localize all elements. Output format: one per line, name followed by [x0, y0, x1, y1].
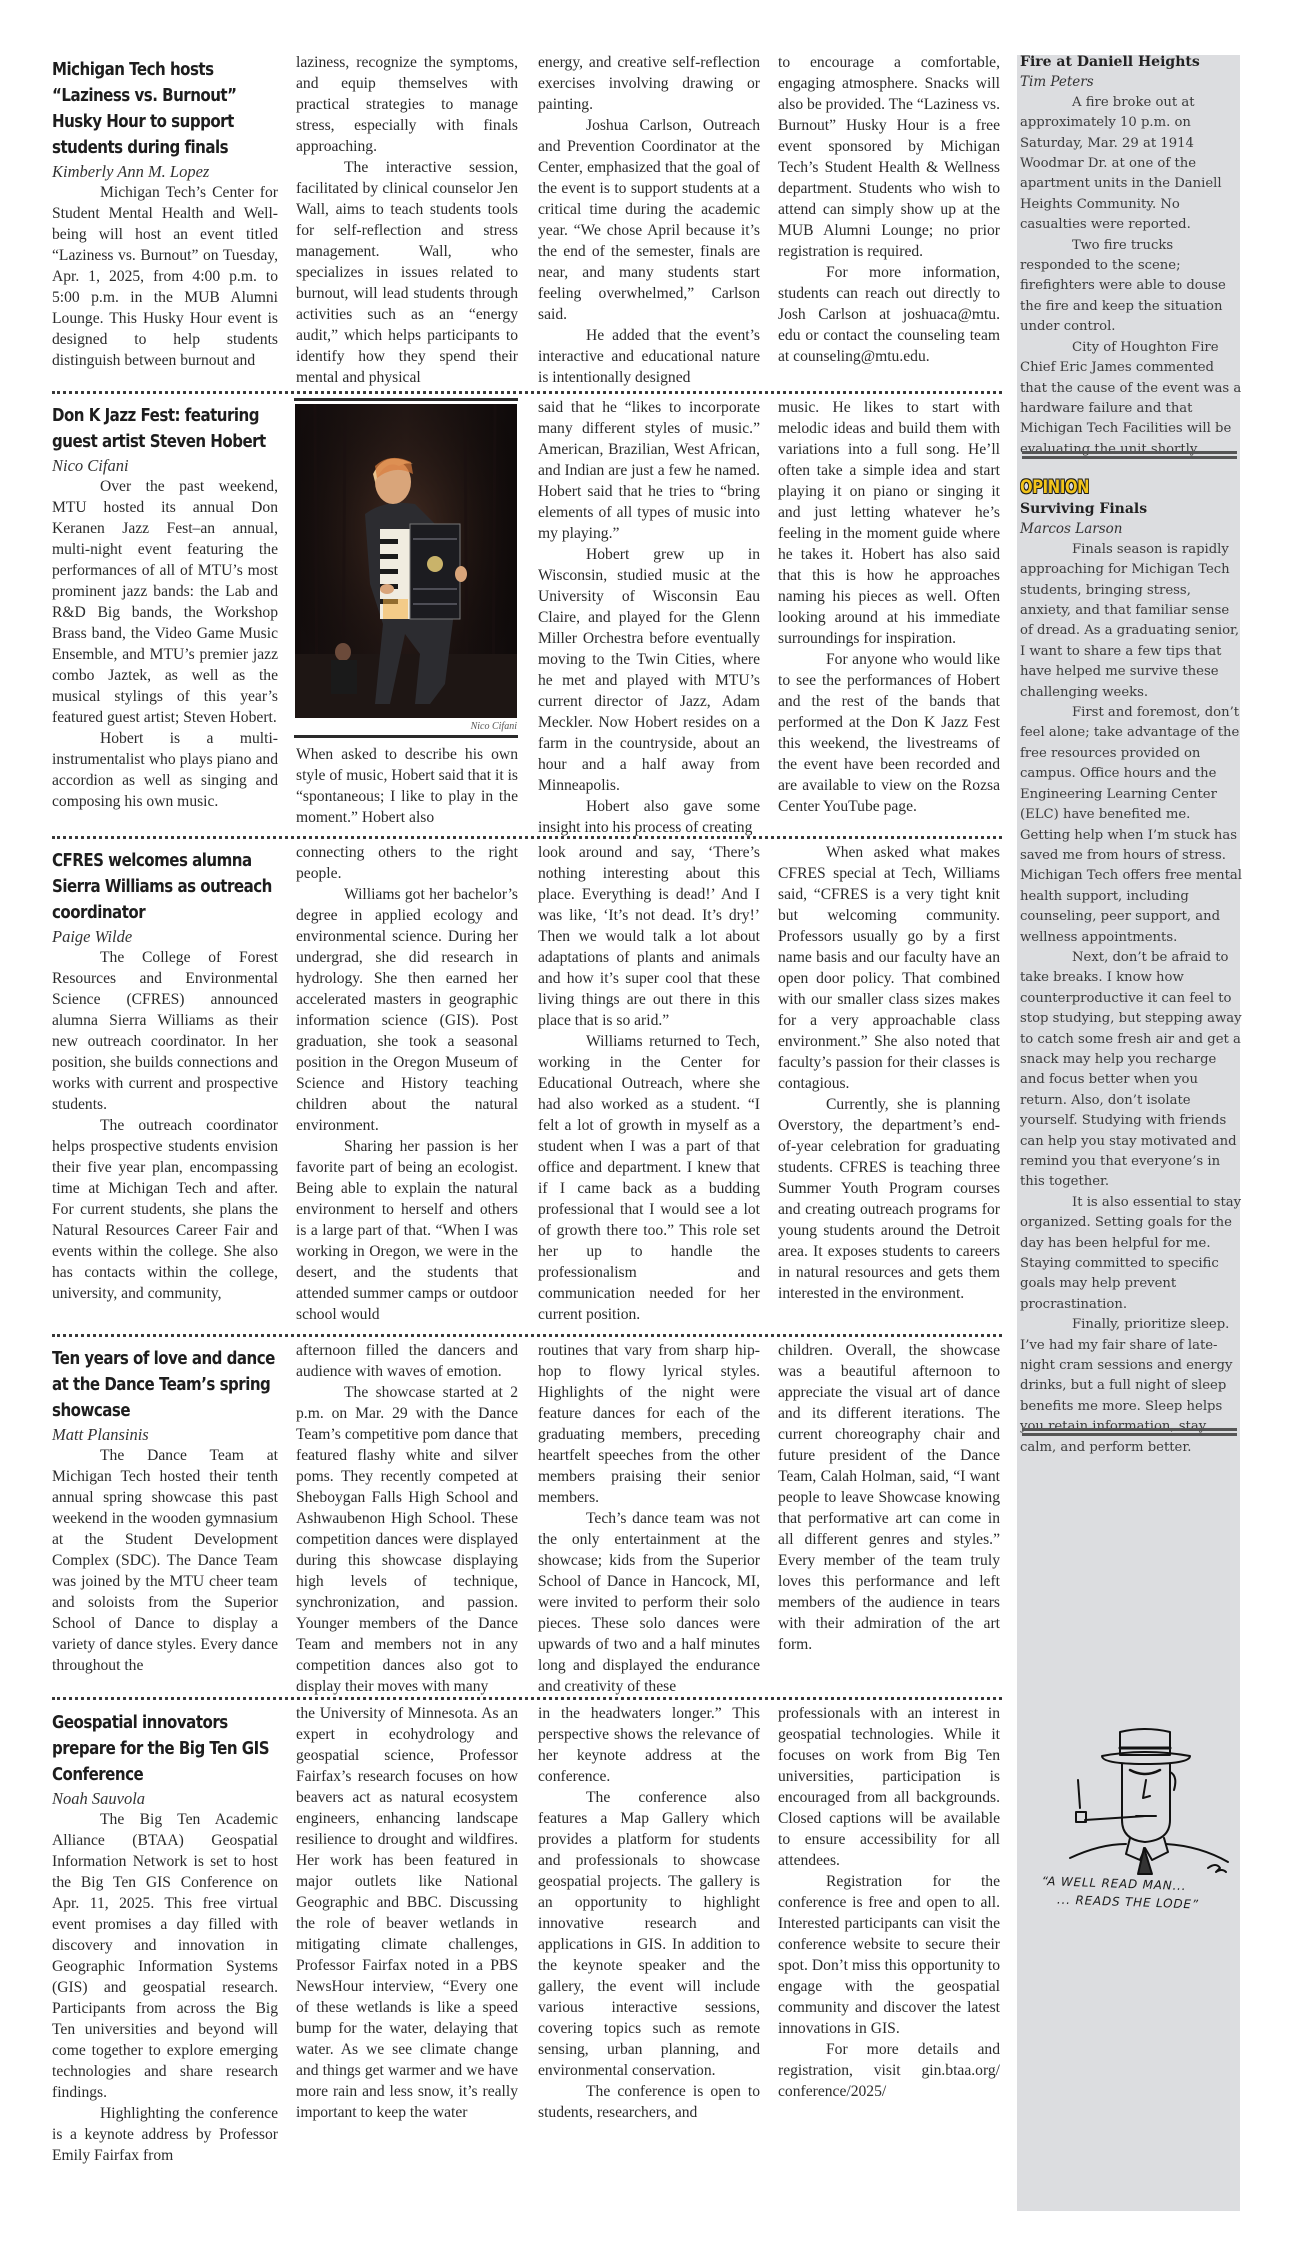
paragraph: Williams returned to Tech, working in th… [538, 1031, 760, 1325]
article-gis-col2: the University of Minnesota. As an exper… [296, 1703, 518, 2123]
opinion-headline: Surviving Finals [1020, 499, 1242, 519]
paragraph: Hobert is a multi-instrumentalist who pl… [52, 728, 278, 812]
byline-dance: Matt Plansinis [52, 1424, 278, 1445]
article-laziness-col4: to encourage a comfortable, engaging atm… [778, 52, 1000, 367]
paragraph: The conference is open to students, rese… [538, 2081, 760, 2123]
paragraph: routines that vary from sharp hip-hop to… [538, 1340, 760, 1508]
paragraph: When asked what makes CFRES special at T… [778, 842, 1000, 1094]
paragraph: the University of Minnesota. As an exper… [296, 1703, 518, 2123]
dotted-divider [52, 391, 1002, 394]
paragraph: Michigan Tech’s Center for Student Menta… [52, 182, 278, 371]
paragraph: When asked to describe his own style of … [296, 744, 518, 828]
headline-dance: Ten years of love and dance at the Dance… [52, 1346, 277, 1424]
accordion-player-illustration [295, 404, 517, 718]
double-rule-divider [1022, 451, 1237, 459]
paragraph: professionals with an interest in geospa… [778, 1703, 1000, 1871]
paragraph: to encourage a comfortable, engaging atm… [778, 52, 1000, 262]
headline-jazz: Don K Jazz Fest: featuring guest artist … [52, 403, 277, 455]
paragraph: said that he “likes to incorporate many … [538, 397, 760, 544]
paragraph: A fire broke out at approximately 10 p.m… [1020, 93, 1242, 236]
paragraph: It is also essential to stay organized. … [1020, 1193, 1242, 1315]
article-gis-col3: in the headwaters longer.” This perspect… [538, 1703, 760, 2123]
paragraph: City of Houghton Fire Chief Eric James c… [1020, 338, 1242, 460]
paragraph: Two fire trucks responded to the scene; … [1020, 236, 1242, 338]
opinion-section-label: OPINION [1020, 476, 1089, 498]
article-dance-col2: afternoon filled the dancers and audienc… [296, 1340, 518, 1697]
paragraph: The College of Forest Resources and Envi… [52, 947, 278, 1115]
fire-headline: Fire at Daniell Heights [1020, 52, 1242, 72]
paragraph: Williams got her bachelor’s degree in ap… [296, 884, 518, 1136]
article-gis-col1: Geospatial innovators prepare for the Bi… [52, 1710, 278, 2166]
paragraph: Joshua Carlson, Outreach and Prevention … [538, 115, 760, 325]
paragraph: Currently, she is planning Overstory, th… [778, 1094, 1000, 1304]
article-cfres-col2: connecting others to the right people. W… [296, 842, 518, 1325]
article-laziness-col1: Michigan Tech hosts “Laziness vs. Burnou… [52, 57, 278, 371]
fire-byline: Tim Peters [1020, 72, 1242, 92]
photo-bottom-rule [294, 735, 518, 738]
dotted-divider [52, 1334, 1002, 1337]
paragraph: The Big Ten Academic Alliance (BTAA) Geo… [52, 1809, 278, 2103]
double-rule-divider [1022, 1428, 1237, 1436]
paragraph: For more information, students can reach… [778, 262, 1000, 367]
paragraph: The outreach coordinator helps prospecti… [52, 1115, 278, 1304]
article-cfres-col3: look around and say, ‘There’s nothing in… [538, 842, 760, 1325]
headline-gis: Geospatial innovators prepare for the Bi… [52, 1710, 277, 1788]
cartoon-caption: “A WELL READ MAN... ... READS THE LODE” [1041, 1872, 1232, 1915]
paragraph: children. Overall, the showcase was a be… [778, 1340, 1000, 1655]
paragraph: laziness, recognize the symptoms, and eq… [296, 52, 518, 157]
article-laziness-col2: laziness, recognize the symptoms, and eq… [296, 52, 518, 388]
paragraph: Tech’s dance team was not the only enter… [538, 1508, 760, 1697]
paragraph: The conference also features a Map Galle… [538, 1787, 760, 2081]
paragraph: music. He likes to start with melodic id… [778, 397, 1000, 649]
article-laziness-col3: energy, and creative self-reflection exe… [538, 52, 760, 388]
paragraph: The Dance Team at Michigan Tech hosted t… [52, 1445, 278, 1676]
paragraph: Hobert also gave some insight into his p… [538, 796, 760, 838]
opinion-byline: Marcos Larson [1020, 519, 1242, 539]
paragraph: Finally, prioritize sleep. I’ve had my f… [1020, 1315, 1242, 1458]
dotted-divider [52, 836, 1002, 839]
paragraph: Highlighting the conference is a keynote… [52, 2103, 278, 2166]
paragraph: The interactive session, facilitated by … [296, 157, 518, 388]
paragraph: The showcase started at 2 p.m. on Mar. 2… [296, 1382, 518, 1697]
paragraph: in the headwaters longer.” This perspect… [538, 1703, 760, 1787]
paragraph: He added that the event’s interactive an… [538, 325, 760, 388]
paragraph: For anyone who would like to see the per… [778, 649, 1000, 817]
newspaper-page: Michigan Tech hosts “Laziness vs. Burnou… [0, 0, 1292, 2261]
paragraph: Finals season is rapidly approaching for… [1020, 540, 1242, 703]
article-jazz-col4: music. He likes to start with melodic id… [778, 397, 1000, 817]
dotted-divider [52, 1697, 1002, 1700]
sidebar-opinion-story: Surviving Finals Marcos Larson Finals se… [1020, 499, 1242, 1458]
byline-laziness: Kimberly Ann M. Lopez [52, 161, 278, 182]
paragraph: Registration for the conference is free … [778, 1871, 1000, 2039]
headline-laziness: Michigan Tech hosts “Laziness vs. Burnou… [52, 57, 277, 161]
paragraph: For more details and registration, visit… [778, 2039, 1000, 2102]
article-cfres-col1: CFRES welcomes alumna Sierra Williams as… [52, 848, 278, 1304]
paragraph: Over the past weekend, MTU hosted its an… [52, 476, 278, 728]
headline-cfres: CFRES welcomes alumna Sierra Williams as… [52, 848, 277, 926]
article-jazz-col2: When asked to describe his own style of … [296, 744, 518, 828]
photo-credit: Nico Cifani [295, 721, 517, 732]
sidebar-fire-story: Fire at Daniell Heights Tim Peters A fir… [1020, 52, 1242, 460]
paragraph: Next, don’t be afraid to take breaks. I … [1020, 948, 1242, 1193]
paragraph: connecting others to the right people. [296, 842, 518, 884]
article-dance-col1: Ten years of love and dance at the Dance… [52, 1346, 278, 1676]
paragraph: Sharing her passion is her favorite part… [296, 1136, 518, 1325]
byline-gis: Noah Sauvola [52, 1788, 278, 1809]
article-jazz-col1: Don K Jazz Fest: featuring guest artist … [52, 403, 278, 812]
paragraph: afternoon filled the dancers and audienc… [296, 1340, 518, 1382]
paragraph: First and foremost, don’t feel alone; ta… [1020, 703, 1242, 948]
article-dance-col3: routines that vary from sharp hip-hop to… [538, 1340, 760, 1697]
article-dance-col4: children. Overall, the showcase was a be… [778, 1340, 1000, 1655]
article-jazz-col3: said that he “likes to incorporate many … [538, 397, 760, 838]
article-cfres-col4: When asked what makes CFRES special at T… [778, 842, 1000, 1304]
paragraph: Hobert grew up in Wisconsin, studied mus… [538, 544, 760, 796]
paragraph: look around and say, ‘There’s nothing in… [538, 842, 760, 1031]
paragraph: energy, and creative self-reflection exe… [538, 52, 760, 115]
byline-cfres: Paige Wilde [52, 926, 278, 947]
byline-jazz: Nico Cifani [52, 455, 278, 476]
photo-accordion-player [295, 404, 517, 718]
photo-top-rule [294, 398, 518, 401]
article-gis-col4: professionals with an interest in geospa… [778, 1703, 1000, 2102]
